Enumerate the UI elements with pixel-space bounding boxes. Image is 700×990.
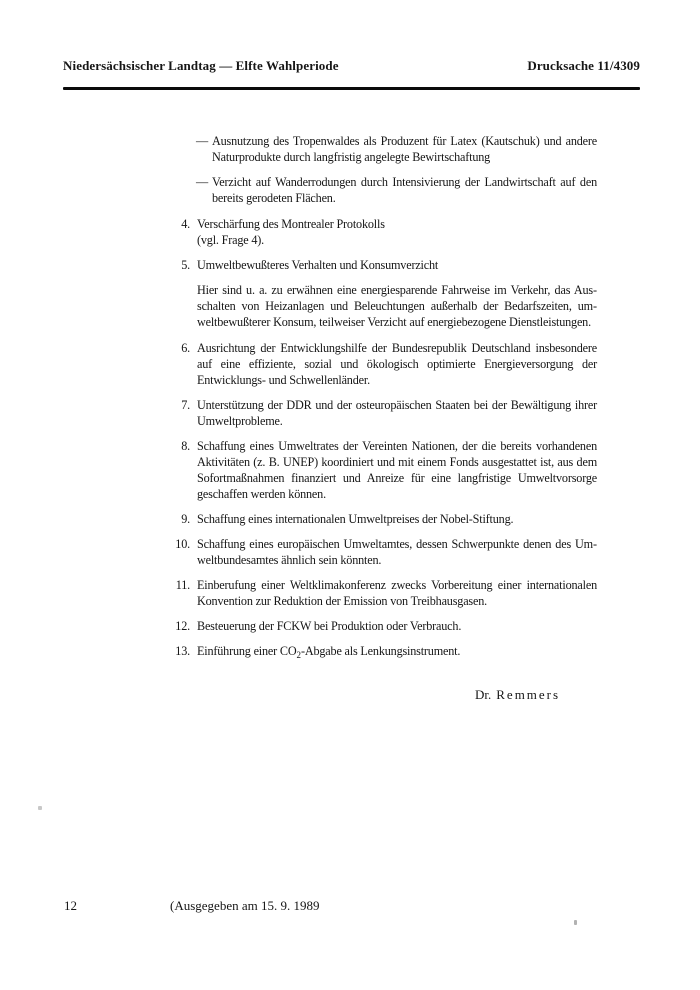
- item-number: 13.: [168, 643, 190, 659]
- item-number: 7.: [168, 397, 190, 413]
- bullet-item-wanderrodungen: — Verzicht auf Wanderrodungen durch Inte…: [168, 174, 597, 206]
- item-title: Umweltbewußteres Verhalten und Konsumver…: [197, 257, 597, 273]
- list-item-8: 8. Schaffung eines Umweltrates der Verei…: [168, 438, 597, 502]
- list-item-11: 11. Einberufung einer Weltklimakonferenz…: [168, 577, 597, 609]
- bullet-text: Verzicht auf Wanderrodungen durch Intens…: [212, 175, 597, 205]
- item-number: 5.: [168, 257, 190, 273]
- dash-marker: —: [196, 174, 208, 190]
- scan-artifact-dot: [38, 806, 42, 810]
- item-text-line2: (vgl. Frage 4).: [197, 232, 597, 248]
- item-number: 4.: [168, 216, 190, 232]
- item-number: 6.: [168, 340, 190, 356]
- item-body-paragraph: Hier sind u. a. zu erwähnen eine energie…: [197, 282, 597, 330]
- issued-date-note: (Ausgegeben am 15. 9. 1989: [170, 898, 319, 914]
- scan-artifact-dot: [574, 920, 577, 925]
- document-page: Niedersächsischer Landtag — Elfte Wahlpe…: [0, 0, 700, 990]
- item-text: Einberufung einer Weltklimakonferenz zwe…: [197, 577, 597, 609]
- page-header: Niedersächsischer Landtag — Elfte Wahlpe…: [63, 58, 640, 74]
- list-item-12: 12. Besteuerung der FCKW bei Produktion …: [168, 618, 597, 634]
- list-item-13: 13. Einführung einer CO2-Abgabe als Lenk…: [168, 643, 597, 663]
- item-text: Unterstützung der DDR und der osteuropäi…: [197, 397, 597, 429]
- item-text: Ausrichtung der Entwicklungshilfe der Bu…: [197, 340, 597, 388]
- signature-prefix: Dr.: [475, 687, 491, 702]
- item-number: 10.: [168, 536, 190, 552]
- list-item-10: 10. Schaffung eines europäischen Umwelta…: [168, 536, 597, 568]
- list-item-4: 4. Verschärfung des Montrealer Protokoll…: [168, 216, 597, 248]
- header-left-title: Niedersächsischer Landtag — Elfte Wahlpe…: [63, 58, 339, 74]
- document-body: — Ausnutzung des Tropenwaldes als Produz…: [168, 133, 597, 672]
- item-number: 8.: [168, 438, 190, 454]
- header-right-docnumber: Drucksache 11/4309: [527, 58, 640, 74]
- item-text: Einführung einer CO2-Abgabe als Lenkungs…: [197, 643, 597, 663]
- item-text-post: -Abgabe als Lenkungsinstrument.: [301, 644, 460, 658]
- signature-line: Dr.Remmers: [475, 687, 560, 703]
- item-text: Schaffung eines internationalen Umweltpr…: [197, 511, 597, 527]
- bullet-text: Ausnutzung des Tropenwaldes als Produzen…: [212, 134, 597, 164]
- bullet-item-tropenwald: — Ausnutzung des Tropenwaldes als Produz…: [168, 133, 597, 165]
- list-item-6: 6. Ausrichtung der Entwicklungshilfe der…: [168, 340, 597, 388]
- list-item-9: 9. Schaffung eines internationalen Umwel…: [168, 511, 597, 527]
- item-number: 11.: [168, 577, 190, 593]
- item-text: Schaffung eines Umweltrates der Vereinte…: [197, 438, 597, 502]
- page-number: 12: [64, 898, 77, 914]
- item-number: 9.: [168, 511, 190, 527]
- signature-name: Remmers: [496, 687, 560, 702]
- item-text: Schaffung eines europäischen Umweltamtes…: [197, 536, 597, 568]
- list-item-7: 7. Unterstützung der DDR und der osteuro…: [168, 397, 597, 429]
- list-item-5: 5. Umweltbewußteres Verhalten und Konsum…: [168, 257, 597, 330]
- header-rule: [63, 87, 640, 90]
- item-text-line1: Verschärfung des Montrealer Protokolls: [197, 216, 597, 232]
- item-text-pre: Einführung einer CO: [197, 644, 296, 658]
- item-text: Besteuerung der FCKW bei Produktion oder…: [197, 618, 597, 634]
- dash-marker: —: [196, 133, 208, 149]
- item-number: 12.: [168, 618, 190, 634]
